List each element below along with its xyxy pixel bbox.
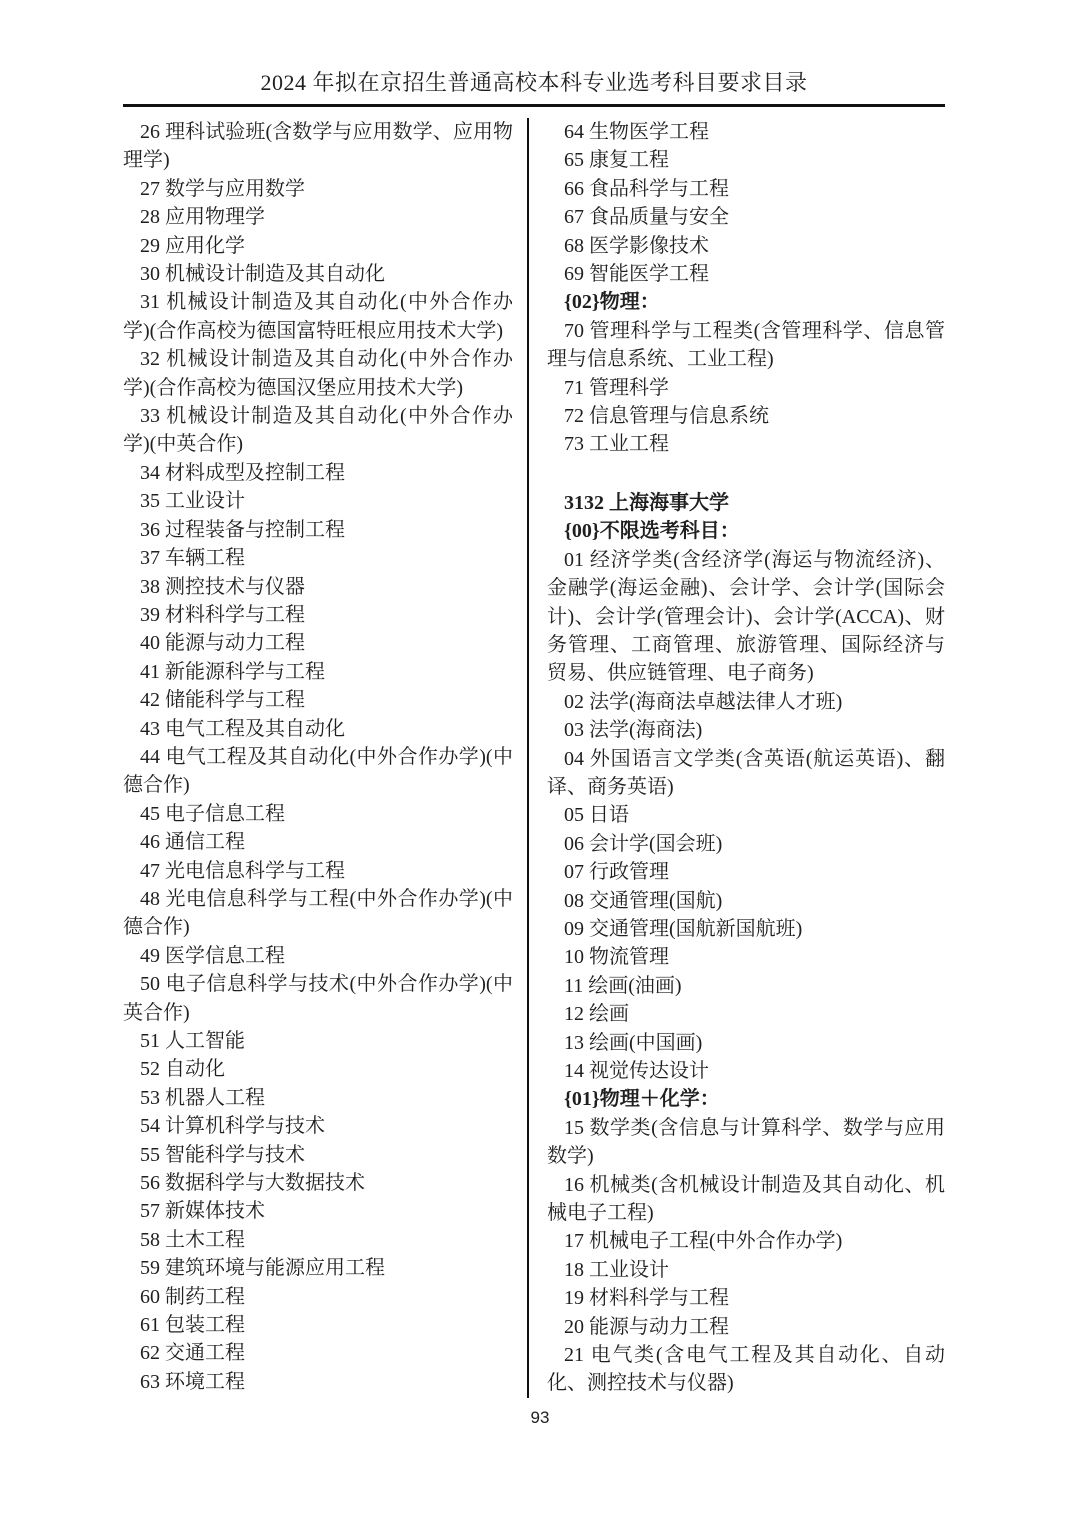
- major-item: 62 交通工程: [123, 1339, 513, 1367]
- major-item: 60 制药工程: [123, 1283, 513, 1311]
- requirement-group-heading: {01}物理＋化学：: [547, 1085, 945, 1113]
- major-item: 37 车辆工程: [123, 544, 513, 572]
- page-content: 2024 年拟在京招生普通高校本科专业选考科目要求目录 26 理科试验班(含数学…: [123, 70, 945, 1398]
- major-item: 29 应用化学: [123, 232, 513, 260]
- major-item: 54 计算机科学与技术: [123, 1112, 513, 1140]
- major-item: 41 新能源科学与工程: [123, 658, 513, 686]
- university-heading: 3132 上海海事大学: [547, 489, 945, 517]
- major-item: 26 理科试验班(含数学与应用数学、应用物理学): [123, 118, 513, 175]
- left-column: 26 理科试验班(含数学与应用数学、应用物理学)27 数学与应用数学28 应用物…: [123, 118, 527, 1398]
- major-item: 52 自动化: [123, 1055, 513, 1083]
- major-item: 47 光电信息科学与工程: [123, 857, 513, 885]
- major-item: 33 机械设计制造及其自动化(中外合作办学)(中英合作): [123, 402, 513, 459]
- major-item: 28 应用物理学: [123, 203, 513, 231]
- major-item: 19 材料科学与工程: [547, 1284, 945, 1312]
- major-item: 51 人工智能: [123, 1027, 513, 1055]
- major-item: 59 建筑环境与能源应用工程: [123, 1254, 513, 1282]
- major-item: 38 测控技术与仪器: [123, 573, 513, 601]
- major-item: 39 材料科学与工程: [123, 601, 513, 629]
- major-item: 44 电气工程及其自动化(中外合作办学)(中德合作): [123, 743, 513, 800]
- major-item: 42 储能科学与工程: [123, 686, 513, 714]
- major-item: 55 智能科学与技术: [123, 1141, 513, 1169]
- page-number: 93: [0, 1408, 1080, 1428]
- major-item: 08 交通管理(国航): [547, 887, 945, 915]
- major-item: 58 土木工程: [123, 1226, 513, 1254]
- major-item: 05 日语: [547, 801, 945, 829]
- major-item: 68 医学影像技术: [547, 232, 945, 260]
- major-item: 01 经济学类(含经济学(海运与物流经济)、金融学(海运金融)、会计学、会计学(…: [547, 546, 945, 688]
- two-column-layout: 26 理科试验班(含数学与应用数学、应用物理学)27 数学与应用数学28 应用物…: [123, 118, 945, 1398]
- major-item: 50 电子信息科学与技术(中外合作办学)(中英合作): [123, 970, 513, 1027]
- major-item: 67 食品质量与安全: [547, 203, 945, 231]
- header-rule: [123, 104, 945, 107]
- major-item: 72 信息管理与信息系统: [547, 402, 945, 430]
- major-item: 21 电气类(含电气工程及其自动化、自动化、测控技术与仪器): [547, 1341, 945, 1398]
- major-item: 14 视觉传达设计: [547, 1057, 945, 1085]
- major-item: 27 数学与应用数学: [123, 175, 513, 203]
- major-item: 32 机械设计制造及其自动化(中外合作办学)(合作高校为德国汉堡应用技术大学): [123, 345, 513, 402]
- major-item: 46 通信工程: [123, 828, 513, 856]
- major-item: 48 光电信息科学与工程(中外合作办学)(中德合作): [123, 885, 513, 942]
- requirement-group-heading: {00}不限选考科目：: [547, 517, 945, 545]
- major-item: 30 机械设计制造及其自动化: [123, 260, 513, 288]
- major-item: 17 机械电子工程(中外合作办学): [547, 1227, 945, 1255]
- major-item: 65 康复工程: [547, 146, 945, 174]
- major-item: 66 食品科学与工程: [547, 175, 945, 203]
- major-item: 31 机械设计制造及其自动化(中外合作办学)(合作高校为德国富特旺根应用技术大学…: [123, 288, 513, 345]
- major-item: 56 数据科学与大数据技术: [123, 1169, 513, 1197]
- major-item: 49 医学信息工程: [123, 942, 513, 970]
- requirement-group-heading: {02}物理：: [547, 288, 945, 316]
- page-title: 2024 年拟在京招生普通高校本科专业选考科目要求目录: [123, 70, 945, 96]
- major-item: 06 会计学(国会班): [547, 830, 945, 858]
- major-item: 73 工业工程: [547, 430, 945, 458]
- major-item: 04 外国语言文学类(含英语(航运英语)、翻译、商务英语): [547, 745, 945, 802]
- major-item: 16 机械类(含机械设计制造及其自动化、机械电子工程): [547, 1171, 945, 1228]
- major-item: 09 交通管理(国航新国航班): [547, 915, 945, 943]
- major-item: 07 行政管理: [547, 858, 945, 886]
- major-item: 12 绘画: [547, 1000, 945, 1028]
- major-item: 02 法学(海商法卓越法律人才班): [547, 688, 945, 716]
- major-item: 36 过程装备与控制工程: [123, 516, 513, 544]
- major-item: 40 能源与动力工程: [123, 629, 513, 657]
- major-item: 03 法学(海商法): [547, 716, 945, 744]
- major-item: 69 智能医学工程: [547, 260, 945, 288]
- major-item: 10 物流管理: [547, 943, 945, 971]
- major-item: 11 绘画(油画): [547, 972, 945, 1000]
- major-item: 64 生物医学工程: [547, 118, 945, 146]
- major-item: 13 绘画(中国画): [547, 1029, 945, 1057]
- document-page: 2024 年拟在京招生普通高校本科专业选考科目要求目录 26 理科试验班(含数学…: [0, 0, 1080, 1527]
- major-item: 63 环境工程: [123, 1368, 513, 1396]
- right-column: 64 生物医学工程65 康复工程66 食品科学与工程67 食品质量与安全68 医…: [529, 118, 945, 1398]
- major-item: 15 数学类(含信息与计算科学、数学与应用数学): [547, 1114, 945, 1171]
- major-item: 20 能源与动力工程: [547, 1313, 945, 1341]
- major-item: 18 工业设计: [547, 1256, 945, 1284]
- major-item: 34 材料成型及控制工程: [123, 459, 513, 487]
- major-item: 35 工业设计: [123, 487, 513, 515]
- major-item: 53 机器人工程: [123, 1084, 513, 1112]
- major-item: 71 管理科学: [547, 374, 945, 402]
- major-item: 70 管理科学与工程类(含管理科学、信息管理与信息系统、工业工程): [547, 317, 945, 374]
- major-item: 43 电气工程及其自动化: [123, 715, 513, 743]
- major-item: 45 电子信息工程: [123, 800, 513, 828]
- major-item: 61 包装工程: [123, 1311, 513, 1339]
- major-item: 57 新媒体技术: [123, 1197, 513, 1225]
